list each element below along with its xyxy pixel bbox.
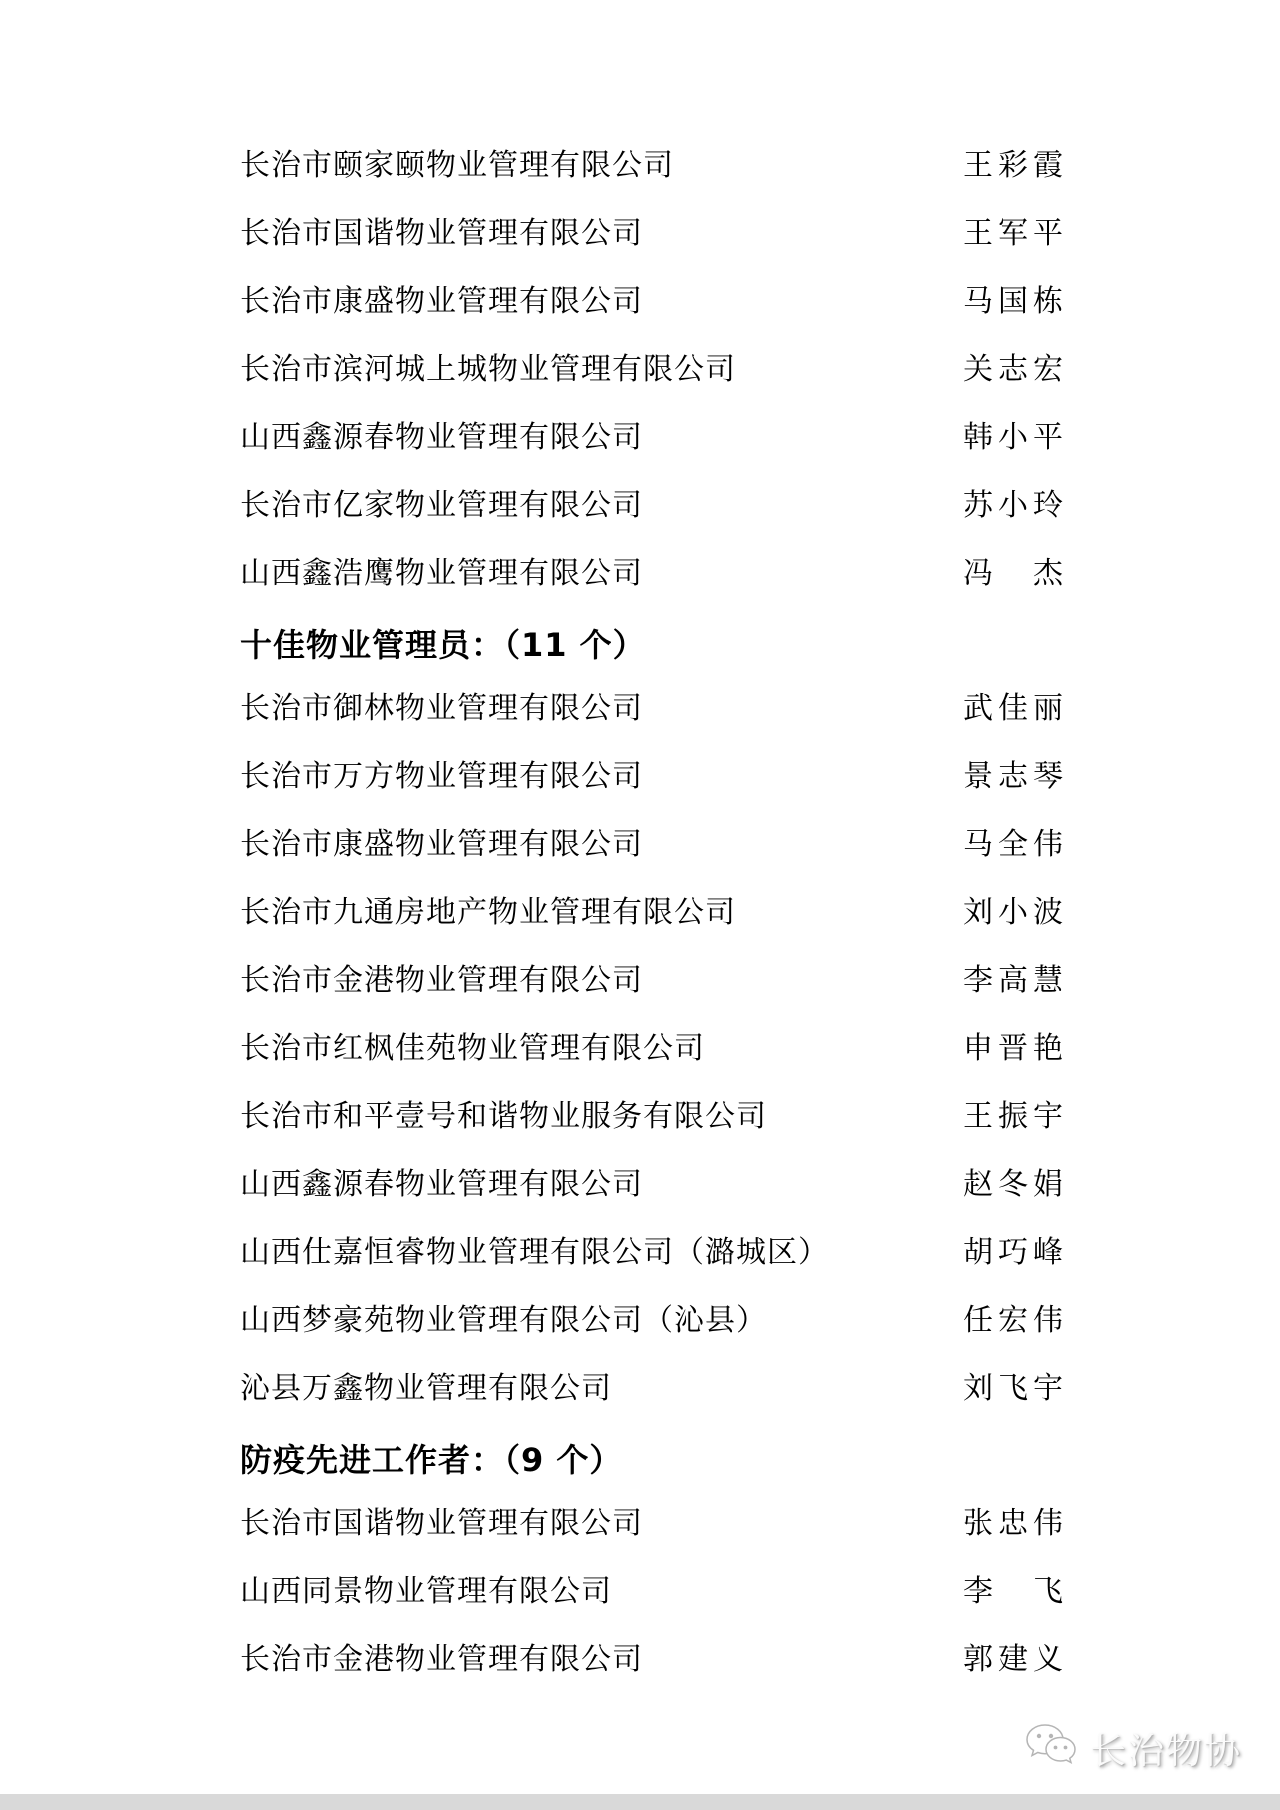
company-name: 长治市金港物业管理有限公司 (240, 965, 643, 996)
award-row: 长治市滨河城上城物业管理有限公司关志宏 (0, 354, 1280, 385)
award-row: 长治市颐家颐物业管理有限公司王彩霞 (0, 150, 1280, 181)
person-name: 王军平 (963, 218, 1068, 249)
person-name: 马国栋 (963, 286, 1068, 317)
person-name: 王振宇 (963, 1101, 1068, 1132)
award-list-document: 长治市颐家颐物业管理有限公司王彩霞长治市国谐物业管理有限公司王军平长治市康盛物业… (0, 0, 1280, 1712)
company-name: 长治市康盛物业管理有限公司 (240, 286, 643, 317)
award-row: 山西梦豪苑物业管理有限公司（沁县）任宏伟 (0, 1305, 1280, 1336)
person-name: 景志琴 (963, 761, 1068, 792)
award-row: 长治市康盛物业管理有限公司马全伟 (0, 829, 1280, 860)
award-row: 长治市金港物业管理有限公司李高慧 (0, 965, 1280, 996)
award-row: 山西同景物业管理有限公司李 飞 (0, 1576, 1280, 1607)
company-name: 长治市滨河城上城物业管理有限公司 (240, 354, 736, 385)
company-name: 长治市万方物业管理有限公司 (240, 761, 643, 792)
award-row: 长治市国谐物业管理有限公司王军平 (0, 218, 1280, 249)
person-name: 申晋艳 (963, 1033, 1068, 1064)
award-row: 长治市九通房地产物业管理有限公司刘小波 (0, 897, 1280, 928)
wechat-icon (1024, 1722, 1078, 1774)
award-row: 沁县万鑫物业管理有限公司刘飞宇 (0, 1373, 1280, 1404)
company-name: 长治市金港物业管理有限公司 (240, 1644, 643, 1675)
section-title: 防疫先进工作者：（9 个） (240, 1441, 1280, 1479)
person-name: 马全伟 (963, 829, 1068, 860)
person-name: 李高慧 (963, 965, 1068, 996)
person-name: 韩小平 (963, 422, 1068, 453)
section-title: 十佳物业管理员：（11 个） (240, 626, 1280, 664)
person-name: 王彩霞 (963, 150, 1068, 181)
award-row: 山西鑫源春物业管理有限公司赵冬娟 (0, 1169, 1280, 1200)
award-row: 长治市国谐物业管理有限公司张忠伟 (0, 1508, 1280, 1539)
company-name: 山西鑫浩鹰物业管理有限公司 (240, 558, 643, 589)
person-name: 任宏伟 (963, 1305, 1068, 1336)
person-name: 关志宏 (963, 354, 1068, 385)
watermark-label: 长治物协 (1090, 1723, 1242, 1774)
award-row: 山西鑫浩鹰物业管理有限公司冯 杰 (0, 558, 1280, 589)
award-row: 长治市亿家物业管理有限公司苏小玲 (0, 490, 1280, 521)
person-name: 冯 杰 (963, 558, 1068, 589)
award-row: 长治市红枫佳苑物业管理有限公司申晋艳 (0, 1033, 1280, 1064)
award-row: 山西仕嘉恒睿物业管理有限公司（潞城区）胡巧峰 (0, 1237, 1280, 1268)
company-name: 山西鑫源春物业管理有限公司 (240, 1169, 643, 1200)
award-row: 山西鑫源春物业管理有限公司韩小平 (0, 422, 1280, 453)
person-name: 赵冬娟 (963, 1169, 1068, 1200)
bottom-gray-bar (0, 1794, 1280, 1810)
company-name: 长治市国谐物业管理有限公司 (240, 1508, 643, 1539)
person-name: 胡巧峰 (963, 1237, 1068, 1268)
company-name: 长治市九通房地产物业管理有限公司 (240, 897, 736, 928)
company-name: 山西同景物业管理有限公司 (240, 1576, 612, 1607)
company-name: 长治市和平壹号和谐物业服务有限公司 (240, 1101, 767, 1132)
award-row: 长治市万方物业管理有限公司景志琴 (0, 761, 1280, 792)
footer-watermark: 长治物协 (1024, 1722, 1242, 1774)
person-name: 李 飞 (963, 1576, 1068, 1607)
company-name: 山西鑫源春物业管理有限公司 (240, 422, 643, 453)
company-name: 长治市国谐物业管理有限公司 (240, 218, 643, 249)
person-name: 张忠伟 (963, 1508, 1068, 1539)
company-name: 山西仕嘉恒睿物业管理有限公司（潞城区） (240, 1237, 829, 1268)
company-name: 长治市亿家物业管理有限公司 (240, 490, 643, 521)
person-name: 武佳丽 (963, 693, 1068, 724)
award-row: 长治市金港物业管理有限公司郭建义 (0, 1644, 1280, 1675)
company-name: 长治市康盛物业管理有限公司 (240, 829, 643, 860)
award-row: 长治市康盛物业管理有限公司马国栋 (0, 286, 1280, 317)
person-name: 郭建义 (963, 1644, 1068, 1675)
person-name: 刘小波 (963, 897, 1068, 928)
company-name: 沁县万鑫物业管理有限公司 (240, 1373, 612, 1404)
company-name: 长治市红枫佳苑物业管理有限公司 (240, 1033, 705, 1064)
award-row: 长治市御林物业管理有限公司武佳丽 (0, 693, 1280, 724)
award-row: 长治市和平壹号和谐物业服务有限公司王振宇 (0, 1101, 1280, 1132)
company-name: 长治市颐家颐物业管理有限公司 (240, 150, 674, 181)
person-name: 刘飞宇 (963, 1373, 1068, 1404)
company-name: 山西梦豪苑物业管理有限公司（沁县） (240, 1305, 767, 1336)
person-name: 苏小玲 (963, 490, 1068, 521)
company-name: 长治市御林物业管理有限公司 (240, 693, 643, 724)
